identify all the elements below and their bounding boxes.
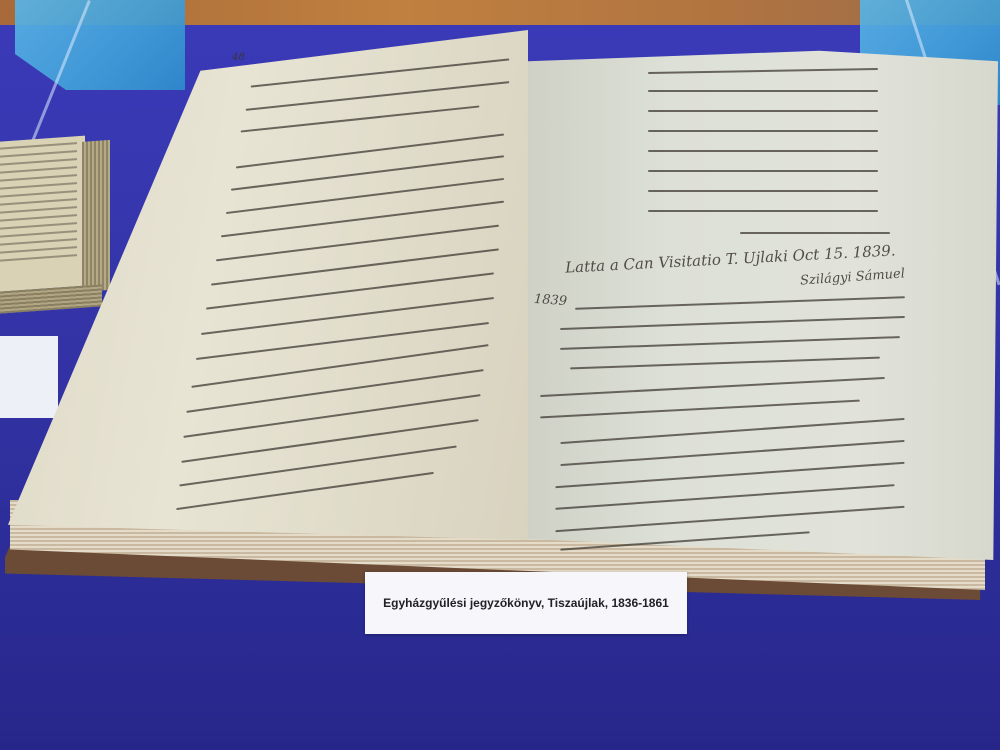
entry-year: 1839 — [534, 292, 568, 309]
open-manuscript-book: 48 Latta a Can Visitatio T. Ujlaki Oct 1… — [0, 0, 1000, 750]
left-page-number: 48 — [232, 52, 245, 63]
right-page — [528, 35, 998, 560]
exhibit-label-card: Egyházgyűlési jegyzőkönyv, Tiszaújlak, 1… — [365, 572, 687, 634]
exhibit-label-text: Egyházgyűlési jegyzőkönyv, Tiszaújlak, 1… — [383, 596, 669, 610]
